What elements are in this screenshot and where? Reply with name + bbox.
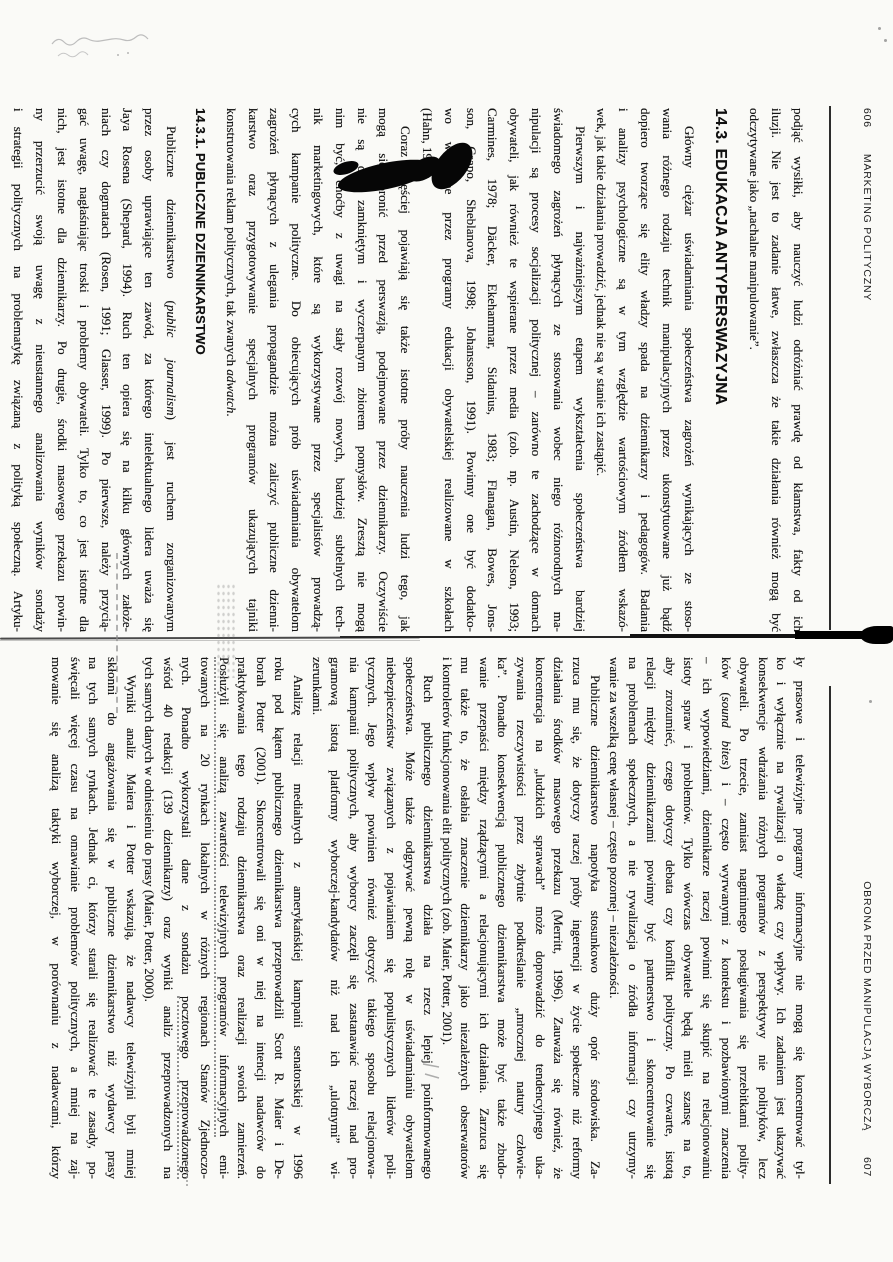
text-line: nim być, choćby z uwagi na stały rozwój … [329,108,351,632]
text-line: na tych samych rynkach. Jednak ci, którz… [84,657,103,1179]
paragraph: Coraz częściej pojawiają się także istot… [220,108,416,632]
text-line: działania środków masowego przekazu (Mer… [549,657,568,1179]
paragraph: Wyniki analiz Maiera i Potter wskazują, … [47,657,140,1179]
text-line: święcali więcej czasu na omawianie probl… [65,657,84,1179]
text-line: niach czy dogmatach (Rosen, 1991; Glasse… [95,108,117,632]
text-line: mowanie się analizą taktyki wyborczej, w… [47,657,66,1179]
paragraph: Publiczne dziennikarstwo napotyka stosun… [437,657,604,1179]
text-line: ka”. Ponadto konsekwencją publicznego dz… [493,657,512,1179]
text-line: wo wspierane przez programy edukacji oby… [438,108,460,632]
text-line: cych kampanie polityczne. Do obiecującyc… [285,108,307,632]
text-line: ły prasowe i telewizyjne programy inform… [790,657,809,1179]
text-line: społeczeństwa. Może także odgrywać pewną… [400,657,419,1179]
text-line: praktykowania tego rodzaju dziennikarstw… [233,657,252,1179]
text-line: wek, jak takie działania prowadzić, jedn… [591,108,613,632]
paragraph: ły prasowe i telewizyjne programy inform… [604,657,809,1179]
text-line: nie są one zamkniętym i wyczerpanym zbio… [351,108,373,632]
text-line: borah Potter (2001). Skoncentrowali się … [251,657,270,1179]
text-line: nik marketingowych, które są wykorzystyw… [307,108,329,632]
text-line: iluzji. Nie jest to zadanie łatwe, zwłas… [765,108,787,632]
text-line: mu także to, że osłabia znaczenie dzienn… [456,657,475,1179]
text-line: wśród 40 redakcji (139 dziennikarzy) ora… [158,657,177,1179]
text-line: Ruch publicznego dziennikarstwa działa n… [419,657,438,1179]
text-line: tycznych. Jego wpływ powinien również do… [363,657,382,1179]
text-line: ny przerzucić swoją uwagę z nieustannego… [30,108,52,632]
text-line: tych samych danych w odniesieniu do pras… [140,657,159,1179]
text-line: na problemach społecznych, a nie rywaliz… [623,657,642,1179]
text-line: obywateli, jak również te wspierane prze… [503,108,525,632]
text-line: son, Csapo, Sheblanova, 1998; Johansson,… [460,108,482,632]
text-line: podjąć wysiłki, aby nauczyć ludzi odróżn… [787,108,809,632]
page-number: 606 [861,108,873,128]
text-line: nich, jest istotne dla dziennikarzy. Po … [51,108,73,632]
text-line: zywania rzeczywistości przez zbytnie pod… [512,657,531,1179]
running-head: 606MARKETING POLITYCZNY [861,108,873,301]
text-line: gramową istotą platformy wyborczej-kandy… [326,657,345,1179]
text-line: Analizę relacji medialnych z amerykański… [288,657,307,1179]
text-line: (Hahn, 1999). [416,108,438,632]
text-line: przez osoby uprawiające ten zawód, za kt… [138,108,160,632]
text-line: wania różnego rodzaju technik manipulacy… [656,108,678,632]
page-number: 607 [861,1157,873,1177]
subsection-heading: 14.3.1. PUBLICZNE DZIENNIKARSTWO [192,108,208,632]
running-head: OBRONA PRZED MANIPULACJĄ WYBORCZĄ607 [861,655,873,1177]
page-606: 606MARKETING POLITYCZNY podjąć wysiłki, … [0,0,893,631]
book-scan: 606MARKETING POLITYCZNY podjąć wysiłki, … [0,0,893,1262]
text-line: obywateli. Po trzecie, zamiast nagminneg… [735,657,754,1179]
text-line: Jaya Rosena (Shepard, 1994). Ruch ten op… [117,108,139,632]
text-line: Publiczne dziennikarstwo napotyka stosun… [586,657,605,1179]
text-line: nia kampanii politycznych, aby wyborcy z… [344,657,363,1179]
running-title: OBRONA PRZED MANIPULACJĄ WYBORCZĄ [861,881,873,1131]
pencil-underlined-text: pocztowego przeprowadzonego [177,996,195,1179]
text-line: ków (sound bites) i – często wyrwanymi z… [716,657,735,1179]
text-line: istoty spraw i problemów. Tylko wówczas … [679,657,698,1179]
paragraph: Ruch publicznego dziennikarstwa działa n… [307,657,437,1179]
text-line: i analizy psychologiczne są w tym względ… [612,108,634,632]
text-line: dopiero tworzące się elity władzy spada … [634,108,656,632]
running-title: MARKETING POLITYCZNY [861,154,873,301]
paragraph: Pierwszym i najważniejszym etapem wykszt… [416,108,590,632]
paragraph: Główny ciężar uświadamiania społeczeństw… [591,108,700,632]
text-line: – ich wypowiedziami, dziennikarze raczej… [697,657,716,1179]
text-line: karstwo oraz przygotowywanie specjalnych… [242,108,264,632]
pencil-underlined-text: Posłużyli się analizą zawartości telewiz… [214,657,232,1137]
page-body: ły prasowe i telewizyjne programy inform… [47,657,809,1179]
head-rule [829,106,831,630]
text-line: i strategii politycznych na problematykę… [8,108,30,632]
page-607: OBRONA PRZED MANIPULACJĄ WYBORCZĄ607 ły … [0,631,893,1262]
text-line: relacji między dziennikarzami powinny by… [642,657,661,1179]
text-line: i kontrolerów funkcjonowania elit polity… [437,657,456,1179]
text-line: nych. Ponadto wykorzystali dane z sondaż… [177,657,196,1179]
text-line: zerunkami. [307,657,326,1179]
text-line: aby zrozumieć, czego dotyczy debata czy … [660,657,679,1179]
paragraph: Publiczne dziennikarstwo (public journal… [8,108,182,632]
text-line: wanie za wszelką cenę własnej – często p… [604,657,623,1179]
text-line: rzuca mu się, że dotyczy raczej próby in… [567,657,586,1179]
paragraph: podjąć wysiłki, aby nauczyć ludzi odróżn… [744,108,809,632]
text-line: koncentracja na „ludzkich sprawach” może… [530,657,549,1179]
text-line: niebezpieczeństw związanych z pojawianie… [381,657,400,1179]
text-line: Publiczne dziennikarstwo (public journal… [160,108,182,632]
paragraph: Analizę relacji medialnych z amerykański… [140,657,307,1179]
text-line: Pierwszym i najważniejszym etapem wykszt… [569,108,591,632]
text-line: Wyniki analiz Maiera i Potter wskazują, … [121,657,140,1179]
text-line: mogą się bronić przed perswazją, podejmo… [373,108,395,632]
text-line: konsekwencje wdrażania różnych programów… [753,657,772,1179]
page-body: podjąć wysiłki, aby nauczyć ludzi odróżn… [8,108,809,632]
text-line: towanych na 20 rynkach lokalnych w różny… [195,657,214,1179]
text-line: zagrożeń płynących z ulegania propagandz… [264,108,286,632]
text-line: Carmines, 1978; Däcker, Ekehammar, Sidan… [482,108,504,632]
text-line: ko i wyłącznie na rywalizacji o władzę c… [772,657,791,1179]
text-line: skłonni do angażowania się w publiczne d… [102,657,121,1179]
text-line: Coraz częściej pojawiają się także istot… [394,108,416,632]
text-line: konstruowania reklam politycznych, tak z… [220,108,242,632]
text-line: nipulacji są procesy socjalizacji polity… [525,108,547,632]
section-heading: 14.3. EDUKACJA ANTYPERSWAZYJNA [711,108,730,632]
text-line: Główny ciężar uświadamiania społeczeństw… [678,108,700,632]
text-line: wanie przepaści między rządzącymi a rela… [474,657,493,1179]
head-rule [829,686,831,1184]
text-line: roku pod kątem publicznego dziennikarstw… [270,657,289,1179]
text-line: odczytywane jako „nachalne manipulowanie… [744,108,766,632]
text-line: gać uwagę, nagłaśniając troski i problem… [73,108,95,632]
text-line: Posłużyli się analizą zawartości telewiz… [214,657,233,1179]
text-line: świadomego zagrożeń płynących ze stosowa… [547,108,569,632]
